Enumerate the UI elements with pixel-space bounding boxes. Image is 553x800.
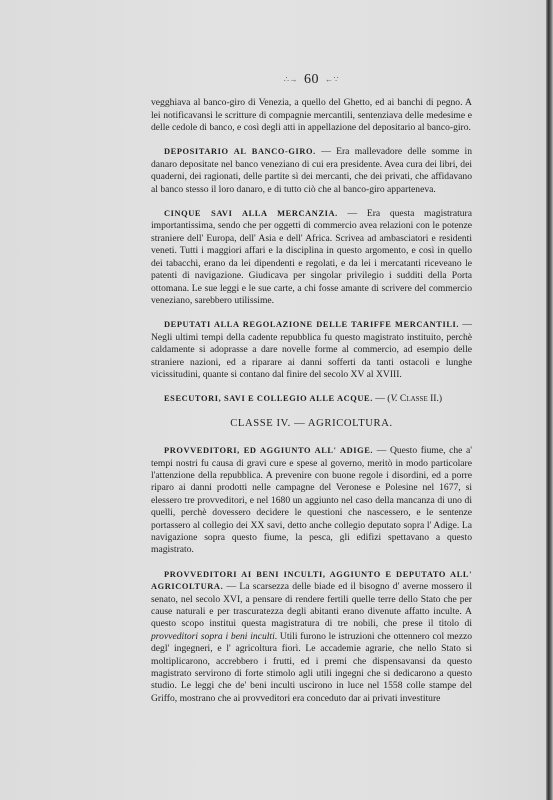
section-title: CLASSE IV. — AGRICOLTURA. (151, 418, 472, 430)
book-page: ∴→60←∵ vegghiava al banco-giro di Venezi… (0, 0, 546, 800)
entry-body: Negli ultimi tempi della cadente repubbl… (151, 332, 472, 380)
entry-cinque-savi: Cinque savi alla mercanzia. — Era questa… (151, 208, 472, 307)
ornament-right-icon: ←∵ (325, 75, 339, 84)
entry-heading: Depositario al banco-giro. (164, 147, 316, 156)
entry-provveditori-adige: Provveditori, ed aggiunto all' Adige. — … (151, 445, 472, 557)
cross-reference: (V. Classe II.) (387, 393, 442, 404)
entry-body: Questo fiume, che a' tempi nostri fu cau… (151, 445, 472, 555)
entry-provveditori-beni-inculti: Provveditori ai beni inculti, aggiunto e… (151, 569, 472, 705)
ornament-left-icon: ∴→ (284, 75, 298, 84)
entry-esecutori-acque: Esecutori, savi e collegio alle acque. —… (151, 393, 472, 405)
page-text-block: ∴→60←∵ vegghiava al banco-giro di Venezi… (151, 72, 472, 717)
entry-heading: Cinque savi alla mercanzia. (164, 209, 338, 218)
page-number-header: ∴→60←∵ (151, 72, 472, 88)
continuation-paragraph: vegghiava al banco-giro di Venezia, a qu… (151, 97, 472, 134)
entry-body: Era questa magistratura importantissima,… (151, 208, 472, 306)
page-number: 60 (304, 72, 319, 87)
entry-heading: Provveditori, ed aggiunto all' Adige. (164, 446, 373, 455)
entry-heading: Esecutori, savi e collegio alle acque. (164, 394, 373, 403)
entry-body-italic: provveditori sopra i beni inculti (151, 631, 275, 642)
entry-depositario: Depositario al banco-giro. — Era malleva… (151, 146, 472, 196)
entry-deputati-tariffe: Deputati alla regolazione delle tariffe … (151, 319, 472, 381)
entry-heading: Deputati alla regolazione delle tariffe … (164, 320, 459, 329)
book-binding-edge (546, 0, 553, 800)
